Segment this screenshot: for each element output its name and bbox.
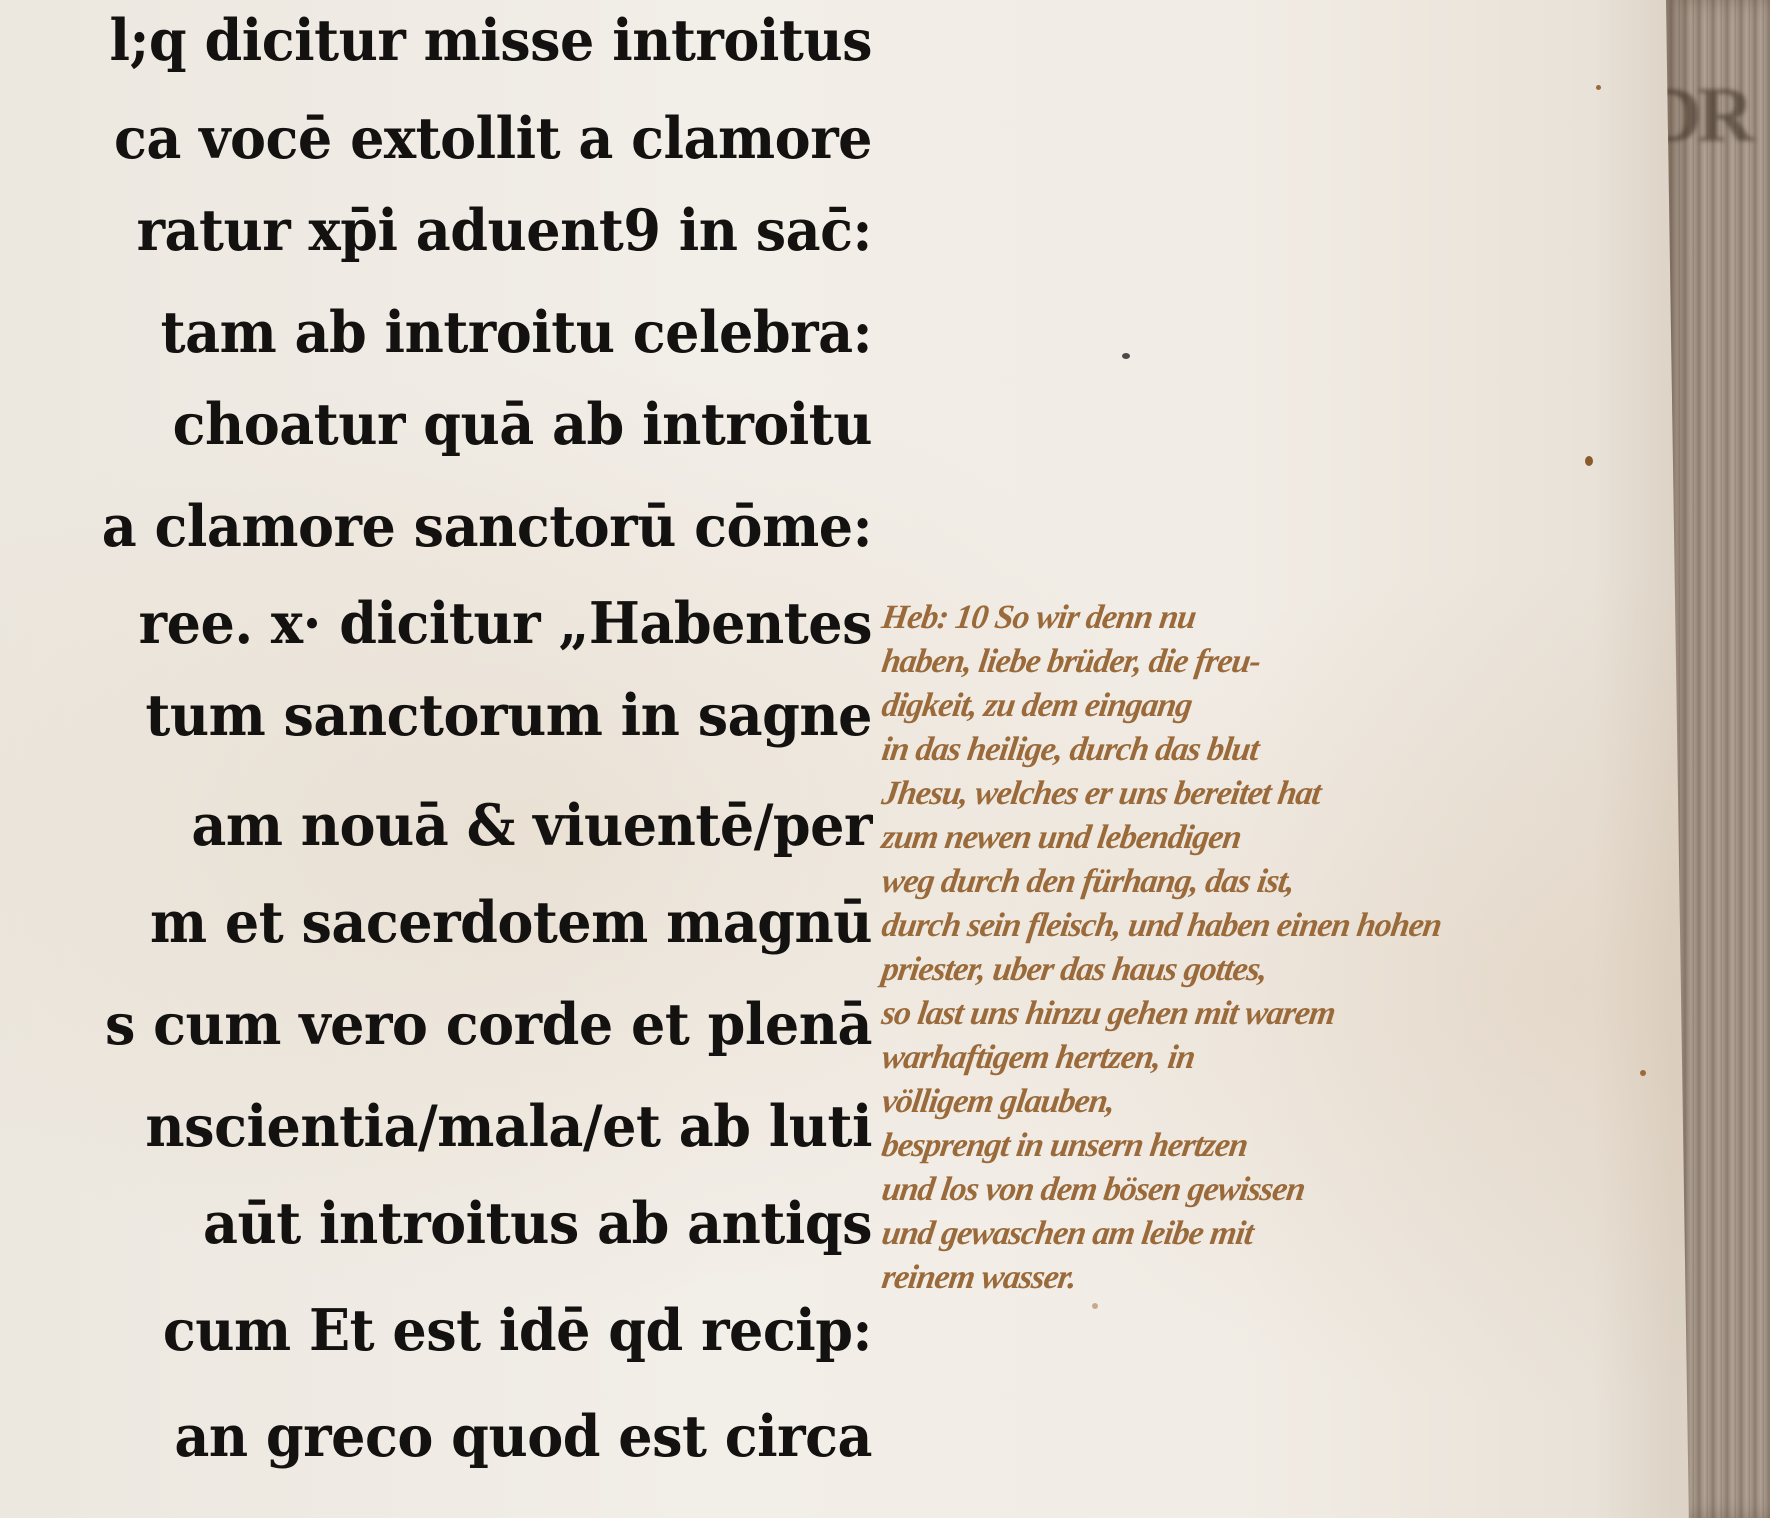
marginalia-line: weg durch den fürhang, das ist, (879, 862, 1297, 902)
printed-line: choatur quā ab introitu (0, 393, 872, 456)
marginalia-line: reinem wasser. (879, 1258, 1078, 1298)
marginalia-line: und los von dem bösen gewissen (879, 1170, 1307, 1210)
marginalia-line: haben, liebe brüder, die freu- (879, 642, 1263, 682)
paper-speck (1640, 1070, 1646, 1076)
edge-mark: DR (1645, 70, 1750, 160)
printed-line: a clamore sanctorū cōme: (0, 495, 872, 558)
marginalia-line: und gewaschen am leibe mit (879, 1214, 1255, 1254)
marginalia-line: zum newen und lebendigen (879, 818, 1243, 858)
marginalia-line: digkeit, zu dem eingang (879, 686, 1194, 726)
printed-line: cum Et est idē qd recip: (0, 1299, 872, 1362)
printed-line: ca vocē extollit a clamore (0, 107, 872, 170)
marginalia-line: völligem glauben, (879, 1082, 1117, 1122)
marginalia-line: Jhesu, welches er uns bereitet hat (879, 774, 1323, 814)
marginalia-line: priester, uber das haus gottes, (879, 950, 1269, 990)
marginalia-line: durch sein fleisch, und haben einen hohe… (879, 906, 1443, 946)
printed-line: an greco quod est circa (0, 1405, 872, 1468)
marginalia-line: so last uns hinzu gehen mit warem (879, 994, 1337, 1034)
printed-line: ratur xp̄i aduent9 in sac̄: (0, 199, 872, 262)
marginalia-line: warhaftigem hertzen, in (879, 1038, 1197, 1078)
paper-speck (1122, 353, 1130, 359)
printed-line: tam ab introitu celebra: (0, 301, 872, 364)
printed-line: nscientia/mala/et ab luti (0, 1095, 872, 1158)
printed-line: aūt introitus ab antiqs (0, 1192, 872, 1255)
marginalia-line: in das heilige, durch das blut (879, 730, 1261, 770)
paper-speck (1092, 1303, 1098, 1309)
printed-line: tum sanctorum in sagne (0, 684, 872, 747)
printed-line: ree. x· dicitur „Habentes (0, 592, 872, 655)
printed-line: l;q dicitur misse introitus (0, 9, 872, 72)
book-page-edges: DR (1666, 0, 1770, 1518)
book-page: l;q dicitur misse introitus ca vocē exto… (0, 0, 1770, 1518)
marginalia-line: Heb: 10 So wir denn nu (879, 598, 1198, 638)
paper-speck (1596, 85, 1601, 90)
printed-line: m et sacerdotem magnū (0, 891, 872, 954)
paper-speck (1585, 456, 1593, 466)
printed-line: am nouā & viuentē/per (0, 794, 872, 857)
printed-line: s cum vero corde et plenā (0, 993, 872, 1056)
marginalia-line: besprengt in unsern hertzen (879, 1126, 1250, 1166)
